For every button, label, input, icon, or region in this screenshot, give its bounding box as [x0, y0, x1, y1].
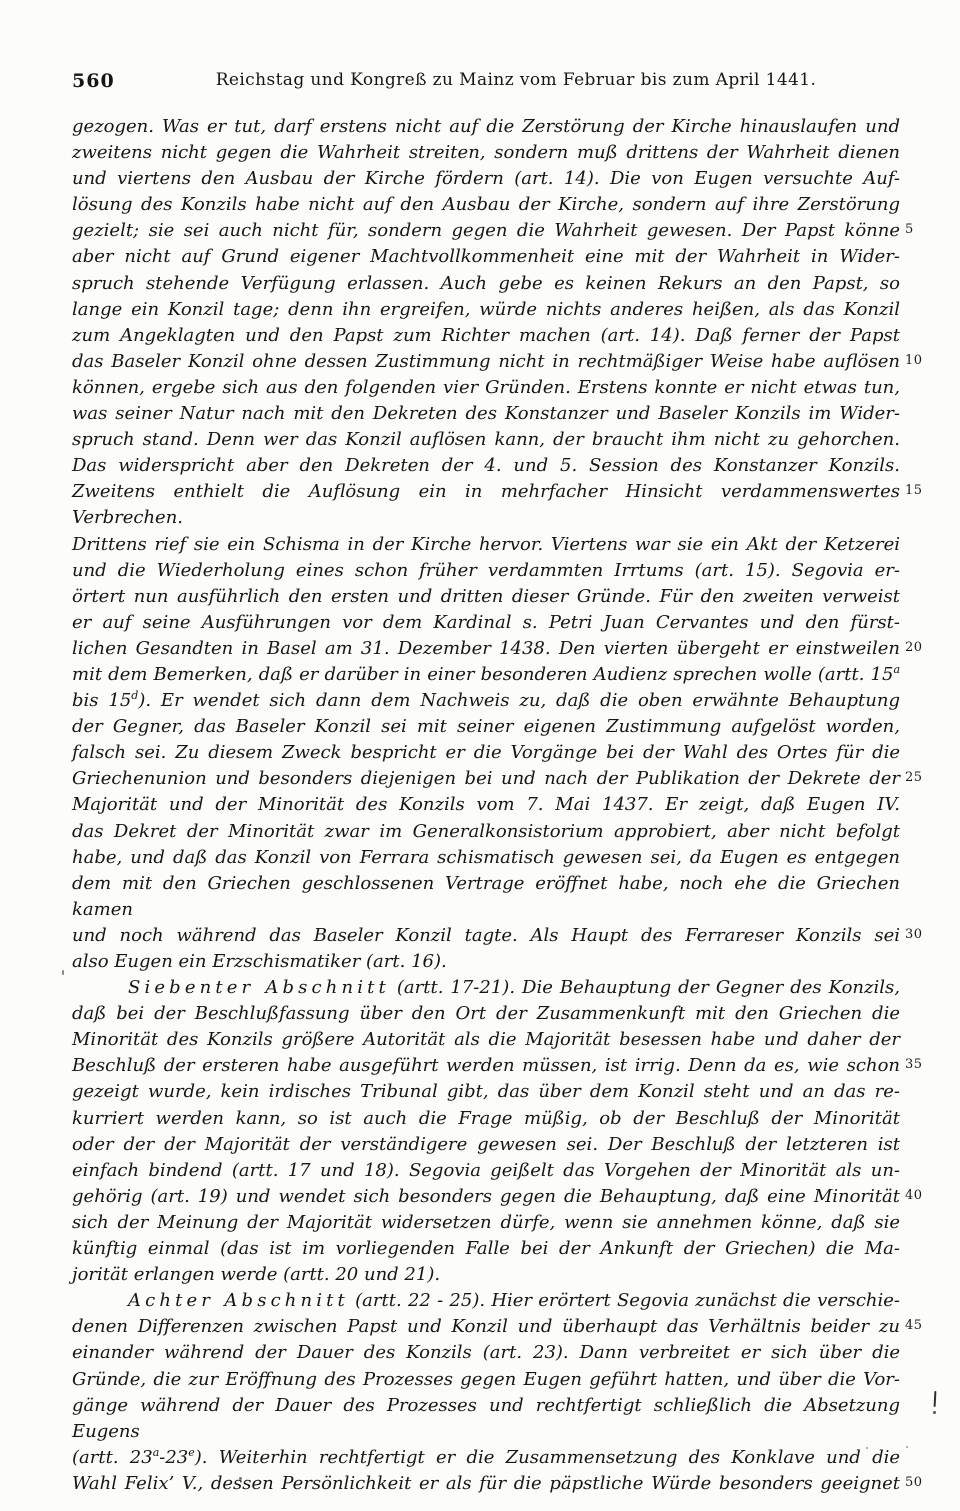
text-line: und die Wiederholung eines schon früher …: [72, 558, 900, 584]
text-line-content: gänge während der Dauer des Prozesses un…: [72, 1395, 900, 1442]
text-segment: Griechenunion und besonders diejenigen b…: [72, 768, 900, 789]
text-segment: Beschluß der ersteren habe ausgeführt we…: [72, 1055, 900, 1076]
text-line-content: sich der Meinung der Majorität widersetz…: [72, 1212, 900, 1233]
text-line-content: können, ergebe sich aus den folgenden vi…: [72, 377, 900, 398]
text-line: lichen Gesandten in Basel am 31. Dezembe…: [72, 636, 900, 662]
text-line-content: kurriert werden kann, so ist auch die Fr…: [72, 1108, 900, 1129]
text-segment: künftig einmal (das ist im vorliegenden …: [72, 1238, 900, 1259]
text-line-content: der Gegner, das Baseler Konzil sei mit s…: [72, 716, 900, 737]
text-line: also Eugen ein Erzschismatiker (art. 16)…: [72, 949, 900, 975]
text-segment: spruch stehende Verfügung erlassen. Auch…: [72, 273, 900, 294]
text-segment: ). Weiterhin rechtfertigt er die Zusamme…: [195, 1447, 900, 1468]
text-segment: gehörig (art. 19) und wendet sich besond…: [72, 1186, 900, 1207]
text-line: dem mit den Griechen geschlossenen Vertr…: [72, 871, 900, 923]
text-segment: gezielt; sie sei auch nicht für, sondern…: [72, 220, 900, 241]
text-line-content: daß bei der Beschlußfassung über den Ort…: [72, 1003, 900, 1024]
text-line-content: und viertens den Ausbau der Kirche förde…: [72, 168, 900, 189]
margin-line-number: 45: [905, 1319, 945, 1332]
text-segment: Das widerspricht aber den Dekreten der 4…: [72, 455, 900, 476]
text-line: daß bei der Beschlußfassung über den Ort…: [72, 1001, 900, 1027]
text-segment: können, ergebe sich aus den folgenden vi…: [72, 377, 900, 398]
text-segment: das Dekret der Minorität zwar im General…: [72, 821, 900, 842]
text-line: mit dem Bemerken, daß er darüber in eine…: [72, 662, 900, 688]
text-segment: und die Wiederholung eines schon früher …: [72, 560, 900, 581]
text-line-content: gezeigt wurde, kein irdisches Tribunal g…: [72, 1081, 900, 1102]
text-line: und viertens den Ausbau der Kirche förde…: [72, 166, 900, 192]
text-line: einfach bindend (artt. 17 und 18). Segov…: [72, 1158, 900, 1184]
text-line-content: gehörig (art. 19) und wendet sich besond…: [72, 1186, 900, 1207]
margin-line-number: 5: [905, 223, 945, 236]
paper-speck: [62, 970, 64, 975]
text-line: habe, und daß das Konzil von Ferrara sch…: [72, 845, 900, 871]
text-segment: gänge während der Dauer des Prozesses un…: [72, 1395, 900, 1442]
text-line-content: und die Wiederholung eines schon früher …: [72, 560, 900, 581]
text-segment: daß bei der Beschlußfassung über den Ort…: [72, 1003, 900, 1024]
margin-line-number: 50: [905, 1476, 945, 1489]
margin-line-number: 35: [905, 1058, 945, 1071]
text-line-content: zweitens nicht gegen die Wahrheit streit…: [72, 142, 900, 163]
text-line-content: falsch sei. Zu diesem Zweck bespricht er…: [72, 742, 900, 763]
body-text: gezogen. Was er tut, darf erstens nicht …: [72, 114, 900, 1497]
text-line-content: also Eugen ein Erzschismatiker (art. 16)…: [72, 951, 447, 972]
text-line-content: örtert nun ausführlich den ersten und dr…: [72, 586, 900, 607]
text-line: können, ergebe sich aus den folgenden vi…: [72, 375, 900, 401]
text-line: gezogen. Was er tut, darf erstens nicht …: [72, 114, 900, 140]
text-line: Majorität und der Minorität des Konzils …: [72, 792, 900, 818]
text-line-content: bis 15d). Er wendet sich dann dem Nachwe…: [72, 690, 900, 711]
text-segment: bis 15: [72, 690, 131, 711]
text-line-content: Wahl Felix’ V., dessen Persönlichkeit er…: [72, 1473, 900, 1494]
text-line-content: habe, und daß das Konzil von Ferrara sch…: [72, 847, 900, 868]
margin-mark-dot: [933, 1411, 936, 1414]
text-segment: zum Angeklagten und den Papst zum Richte…: [72, 325, 900, 346]
text-segment: (artt. 17-21). Die Behauptung der Gegner…: [390, 977, 900, 998]
text-line: Achter Abschnitt (artt. 22 - 25). Hier e…: [72, 1288, 900, 1314]
text-line: was seiner Natur nach mit den Dekreten d…: [72, 401, 900, 427]
text-line-content: was seiner Natur nach mit den Dekreten d…: [72, 403, 900, 424]
text-line-content: gezogen. Was er tut, darf erstens nicht …: [72, 116, 900, 137]
text-line-content: aber nicht auf Grund eigener Machtvollko…: [72, 246, 900, 267]
text-segment: lange ein Konzil tage; denn ihn ergreife…: [72, 299, 900, 320]
text-line: gehörig (art. 19) und wendet sich besond…: [72, 1184, 900, 1210]
text-segment: gezogen. Was er tut, darf erstens nicht …: [72, 116, 900, 137]
text-line-content: lösung des Konzils habe nicht auf den Au…: [72, 194, 900, 215]
text-segment: Drittens rief sie ein Schisma in der Kir…: [72, 534, 900, 555]
text-segment: habe, und daß das Konzil von Ferrara sch…: [72, 847, 900, 868]
text-segment: oder der der Majorität der verständigere…: [72, 1134, 900, 1155]
text-line-content: Griechenunion und besonders diejenigen b…: [72, 768, 900, 789]
text-line: Das widerspricht aber den Dekreten der 4…: [72, 453, 900, 479]
text-line-content: Drittens rief sie ein Schisma in der Kir…: [72, 534, 900, 555]
text-line-content: dem mit den Griechen geschlossenen Vertr…: [72, 873, 900, 920]
text-line-content: er auf seine Ausführungen vor dem Kardin…: [72, 612, 900, 633]
text-line: örtert nun ausführlich den ersten und dr…: [72, 584, 900, 610]
paper-speck: [239, 1477, 242, 1480]
text-segment: zweitens nicht gegen die Wahrheit streit…: [72, 142, 900, 163]
text-segment: aber nicht auf Grund eigener Machtvollko…: [72, 246, 900, 267]
text-line: spruch stehende Verfügung erlassen. Auch…: [72, 271, 900, 297]
text-line: jorität erlangen werde (artt. 20 und 21)…: [72, 1262, 900, 1288]
text-line: Beschluß der ersteren habe ausgeführt we…: [72, 1053, 900, 1079]
text-line: und noch während das Baseler Konzil tagt…: [72, 923, 900, 949]
text-line-content: und noch während das Baseler Konzil tagt…: [72, 925, 900, 946]
text-line: Zweitens enthielt die Auflösung ein in m…: [72, 479, 900, 531]
margin-line-number: 30: [905, 928, 945, 941]
text-line-content: gezielt; sie sei auch nicht für, sondern…: [72, 220, 900, 241]
text-segment: Minorität des Konzils größere Autorität …: [72, 1029, 900, 1050]
text-line-content: Achter Abschnitt (artt. 22 - 25). Hier e…: [128, 1290, 900, 1311]
text-segment: Majorität und der Minorität des Konzils …: [72, 794, 900, 815]
text-line: gezielt; sie sei auch nicht für, sondern…: [72, 218, 900, 244]
text-line: Siebenter Abschnitt (artt. 17-21). Die B…: [72, 975, 900, 1001]
page-number: 560: [72, 70, 115, 92]
text-line-content: oder der der Majorität der verständigere…: [72, 1134, 900, 1155]
text-segment: er auf seine Ausführungen vor dem Kardin…: [72, 612, 900, 633]
text-line: gezeigt wurde, kein irdisches Tribunal g…: [72, 1079, 900, 1105]
text-line: kurriert werden kann, so ist auch die Fr…: [72, 1106, 900, 1132]
text-line-content: einfach bindend (artt. 17 und 18). Segov…: [72, 1160, 900, 1181]
text-line-content: das Baseler Konzil ohne dessen Zustimmun…: [72, 351, 900, 372]
text-segment: örtert nun ausführlich den ersten und dr…: [72, 586, 900, 607]
text-segment: und viertens den Ausbau der Kirche förde…: [72, 168, 900, 189]
text-line: das Dekret der Minorität zwar im General…: [72, 819, 900, 845]
text-line: das Baseler Konzil ohne dessen Zustimmun…: [72, 349, 900, 375]
text-line: spruch stand. Denn wer das Konzil auflös…: [72, 427, 900, 453]
text-segment: kurriert werden kann, so ist auch die Fr…: [72, 1108, 900, 1129]
text-line: falsch sei. Zu diesem Zweck bespricht er…: [72, 740, 900, 766]
margin-line-number: 25: [905, 771, 945, 784]
text-line-content: Majorität und der Minorität des Konzils …: [72, 794, 900, 815]
text-line-content: lichen Gesandten in Basel am 31. Dezembe…: [72, 638, 900, 659]
text-line: gänge während der Dauer des Prozesses un…: [72, 1393, 900, 1445]
text-segment: Gründe, die zur Eröffnung des Prozesses …: [72, 1369, 900, 1390]
text-line: bis 15d). Er wendet sich dann dem Nachwe…: [72, 688, 900, 714]
paper-speck: [866, 1447, 868, 1449]
text-line: einander während der Dauer des Konzils (…: [72, 1340, 900, 1366]
text-line-content: spruch stehende Verfügung erlassen. Auch…: [72, 273, 900, 294]
text-line: Wahl Felix’ V., dessen Persönlichkeit er…: [72, 1471, 900, 1497]
text-segment: (artt. 22 - 25). Hier erörtert Segovia z…: [349, 1290, 900, 1311]
text-segment: mit dem Bemerken, daß er darüber in eine…: [72, 664, 893, 685]
text-segment: das Baseler Konzil ohne dessen Zustimmun…: [72, 351, 900, 372]
margin-line-number: 40: [905, 1189, 945, 1202]
text-segment: lichen Gesandten in Basel am 31. Dezembe…: [72, 638, 900, 659]
text-line-content: jorität erlangen werde (artt. 20 und 21)…: [72, 1264, 440, 1285]
text-line-content: Zweitens enthielt die Auflösung ein in m…: [72, 481, 900, 528]
text-line: lange ein Konzil tage; denn ihn ergreife…: [72, 297, 900, 323]
text-line: Minorität des Konzils größere Autorität …: [72, 1027, 900, 1053]
text-line-content: zum Angeklagten und den Papst zum Richte…: [72, 325, 900, 346]
text-segment: jorität erlangen werde (artt. 20 und 21)…: [72, 1264, 440, 1285]
text-line: lösung des Konzils habe nicht auf den Au…: [72, 192, 900, 218]
text-segment: Wahl Felix’ V., dessen Persönlichkeit er…: [72, 1473, 900, 1494]
text-line: Drittens rief sie ein Schisma in der Kir…: [72, 532, 900, 558]
text-segment: und noch während das Baseler Konzil tagt…: [72, 925, 900, 946]
page-header: 560 Reichstag und Kongreß zu Mainz vom F…: [0, 70, 960, 96]
margin-line-number: 15: [905, 484, 945, 497]
text-segment: der Gegner, das Baseler Konzil sei mit s…: [72, 716, 900, 737]
text-line-content: einander während der Dauer des Konzils (…: [72, 1342, 900, 1363]
text-line-content: (artt. 23a-23e). Weiterhin rechtfertigt …: [72, 1447, 900, 1468]
paper-speck: [906, 1446, 908, 1448]
text-segment: Zweitens enthielt die Auflösung ein in m…: [72, 481, 900, 528]
text-line: oder der der Majorität der verständigere…: [72, 1132, 900, 1158]
margin-line-number: 10: [905, 354, 945, 367]
text-segment: denen Differenzen zwischen Papst und Kon…: [72, 1316, 900, 1337]
text-line-content: künftig einmal (das ist im vorliegenden …: [72, 1238, 900, 1259]
text-line-content: Minorität des Konzils größere Autorität …: [72, 1029, 900, 1050]
text-segment: (artt. 23: [72, 1447, 153, 1468]
text-line-content: Gründe, die zur Eröffnung des Prozesses …: [72, 1369, 900, 1390]
text-segment: ). Er wendet sich dann dem Nachweis zu, …: [138, 690, 900, 711]
spaced-heading: Siebenter Abschnitt: [128, 977, 390, 998]
text-line: Gründe, die zur Eröffnung des Prozesses …: [72, 1367, 900, 1393]
text-line: denen Differenzen zwischen Papst und Kon…: [72, 1314, 900, 1340]
text-segment: einfach bindend (artt. 17 und 18). Segov…: [72, 1160, 900, 1181]
margin-line-number: 20: [905, 641, 945, 654]
book-page: 560 Reichstag und Kongreß zu Mainz vom F…: [0, 0, 960, 1511]
text-line-content: lange ein Konzil tage; denn ihn ergreife…: [72, 299, 900, 320]
text-line-content: Siebenter Abschnitt (artt. 17-21). Die B…: [128, 977, 900, 998]
text-segment: was seiner Natur nach mit den Dekreten d…: [72, 403, 900, 424]
text-line: künftig einmal (das ist im vorliegenden …: [72, 1236, 900, 1262]
text-line-content: Das widerspricht aber den Dekreten der 4…: [72, 455, 900, 476]
text-line-content: mit dem Bemerken, daß er darüber in eine…: [72, 664, 900, 685]
text-line: zum Angeklagten und den Papst zum Richte…: [72, 323, 900, 349]
text-segment: einander während der Dauer des Konzils (…: [72, 1342, 900, 1363]
text-line: er auf seine Ausführungen vor dem Kardin…: [72, 610, 900, 636]
text-segment: falsch sei. Zu diesem Zweck bespricht er…: [72, 742, 900, 763]
text-line: Griechenunion und besonders diejenigen b…: [72, 766, 900, 792]
text-segment: sich der Meinung der Majorität widersetz…: [72, 1212, 900, 1233]
text-line: aber nicht auf Grund eigener Machtvollko…: [72, 244, 900, 270]
text-line: der Gegner, das Baseler Konzil sei mit s…: [72, 714, 900, 740]
text-line-content: Beschluß der ersteren habe ausgeführt we…: [72, 1055, 900, 1076]
text-line-content: spruch stand. Denn wer das Konzil auflös…: [72, 429, 900, 450]
text-segment: also Eugen ein Erzschismatiker (art. 16)…: [72, 951, 447, 972]
superscript: a: [893, 663, 900, 676]
spaced-heading: Achter Abschnitt: [128, 1290, 349, 1311]
text-segment: lösung des Konzils habe nicht auf den Au…: [72, 194, 900, 215]
text-line: sich der Meinung der Majorität widersetz…: [72, 1210, 900, 1236]
text-line-content: denen Differenzen zwischen Papst und Kon…: [72, 1316, 900, 1337]
text-line: zweitens nicht gegen die Wahrheit streit…: [72, 140, 900, 166]
running-title: Reichstag und Kongreß zu Mainz vom Febru…: [0, 70, 960, 90]
text-segment: spruch stand. Denn wer das Konzil auflös…: [72, 429, 900, 450]
text-segment: dem mit den Griechen geschlossenen Vertr…: [72, 873, 900, 920]
margin-mark-stroke: [934, 1391, 937, 1407]
text-line-content: das Dekret der Minorität zwar im General…: [72, 821, 900, 842]
text-segment: -23: [159, 1447, 188, 1468]
text-segment: gezeigt wurde, kein irdisches Tribunal g…: [72, 1081, 900, 1102]
text-line: (artt. 23a-23e). Weiterhin rechtfertigt …: [72, 1445, 900, 1471]
